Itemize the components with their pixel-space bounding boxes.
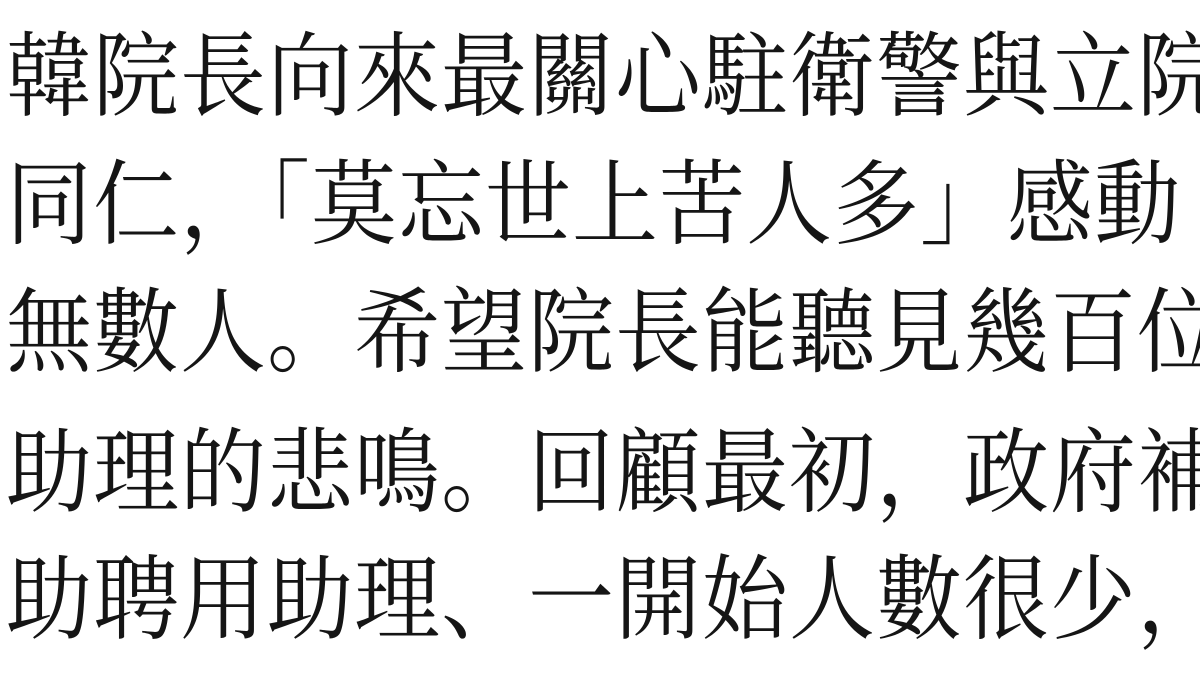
text-line-5: 助聘用助理、一開始人數很少，: [6, 541, 1200, 660]
text-line-2: 同仁，「莫忘世上苦人多」感動: [6, 146, 1181, 265]
text-line-1: 韓院長向來最關心駐衛警與立院: [6, 18, 1200, 137]
text-line-3: 無數人。希望院長能聽見幾百位: [6, 274, 1200, 393]
text-line-4: 助理的悲鳴。回顧最初，政府補: [6, 414, 1200, 533]
